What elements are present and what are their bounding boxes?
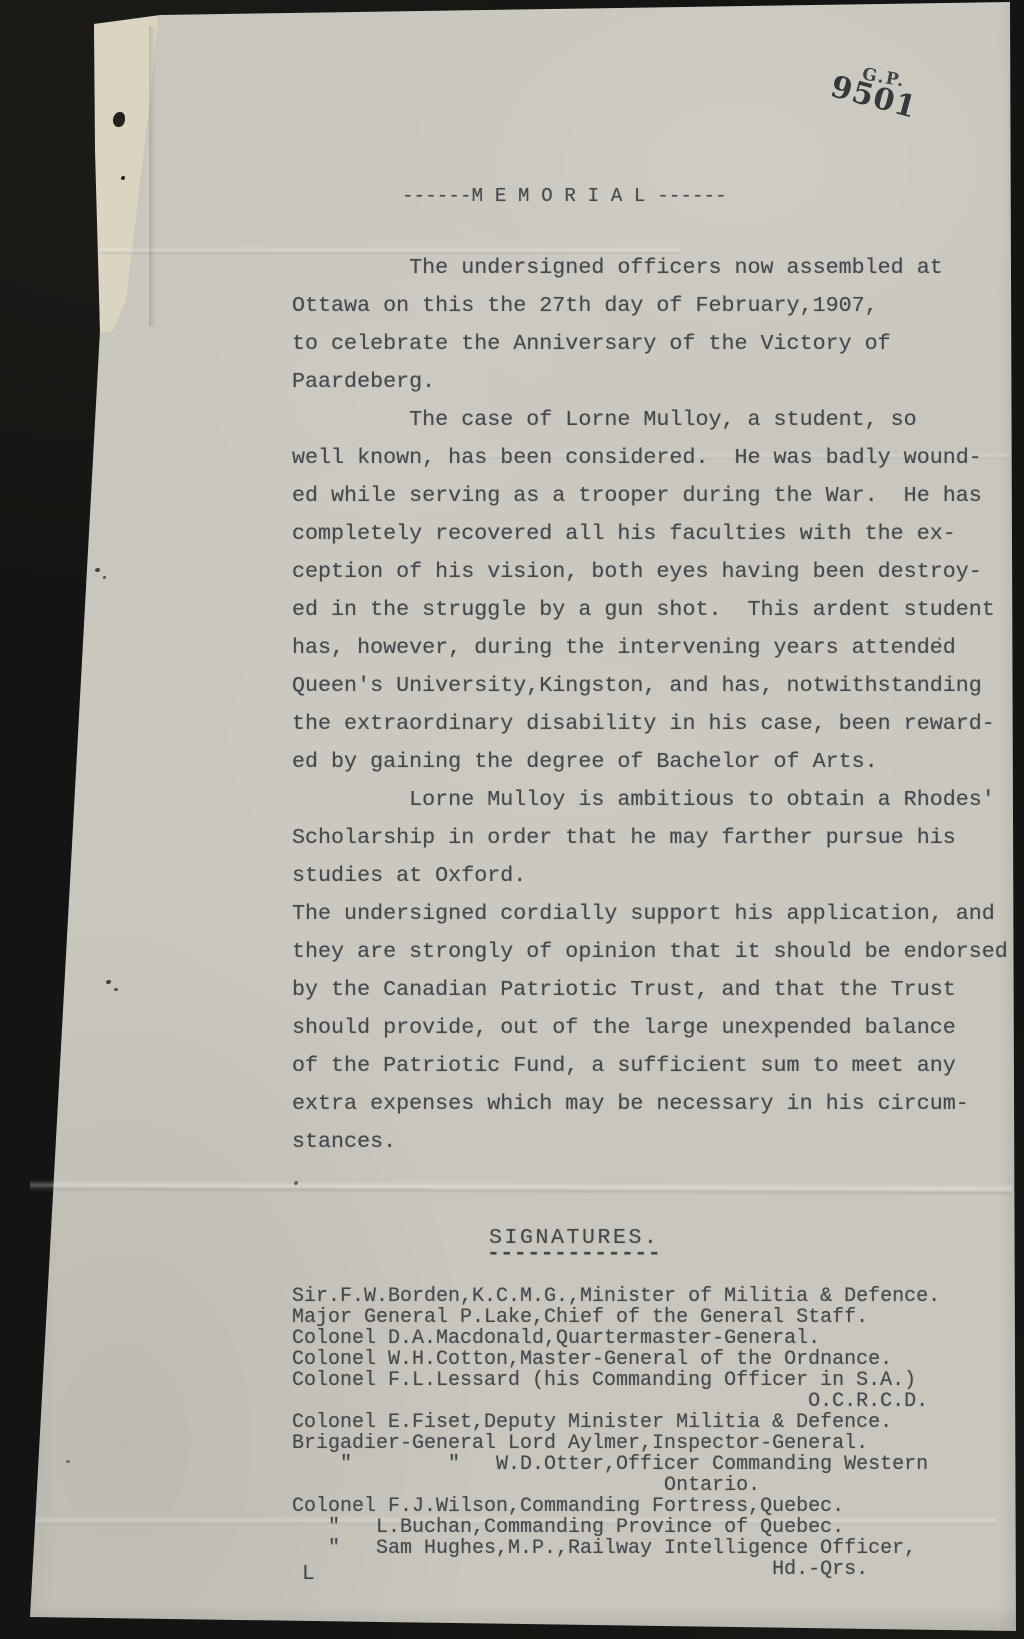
- signature-line: " Sam Hughes,M.P.,Railway Intelligence O…: [292, 1538, 940, 1559]
- signature-line: Colonel F.J.Wilson,Commanding Fortress,Q…: [292, 1496, 940, 1517]
- signature-line: Hd.-Qrs.: [292, 1559, 940, 1580]
- signature-line: O.C.R.C.D.: [292, 1391, 940, 1412]
- page-marker: L: [302, 1563, 315, 1586]
- signature-line: Colonel E.Fiset,Deputy Minister Militia …: [292, 1412, 940, 1433]
- signature-line: Brigadier-General Lord Aylmer,Inspector-…: [292, 1433, 940, 1454]
- signature-line: Sir.F.W.Borden,K.C.M.G.,Minister of Mili…: [292, 1286, 940, 1307]
- paragraph: The case of Lorne Mulloy, a student, so …: [292, 401, 1008, 781]
- signature-line: " L.Buchan,Commanding Province of Quebec…: [292, 1517, 940, 1538]
- signature-line: " " W.D.Otter,Officer Commanding Western: [292, 1454, 940, 1475]
- paragraph: The undersigned cordially support his ap…: [292, 895, 1008, 1161]
- signature-list: Sir.F.W.Borden,K.C.M.G.,Minister of Mili…: [292, 1286, 940, 1580]
- signature-line: Major General P.Lake,Chief of the Genera…: [292, 1307, 940, 1328]
- paragraph: The undersigned officers now assembled a…: [292, 249, 1008, 401]
- signature-line: Ontario.: [292, 1475, 940, 1496]
- signatures-underline: -------------: [487, 1242, 661, 1266]
- signature-line: Colonel W.H.Cotton,Master-General of the…: [292, 1349, 940, 1370]
- photo-background: G.P. 9501 ------M E M O R I A L ------ T…: [0, 0, 1024, 1639]
- signature-line: Colonel F.L.Lessard (his Commanding Offi…: [292, 1370, 940, 1391]
- paragraph: Lorne Mulloy is ambitious to obtain a Rh…: [292, 781, 1008, 895]
- document-title: ------M E M O R I A L ------: [402, 184, 727, 208]
- document-body: The undersigned officers now assembled a…: [292, 249, 1008, 1161]
- signature-line: Colonel D.A.Macdonald,Quartermaster-Gene…: [292, 1328, 940, 1349]
